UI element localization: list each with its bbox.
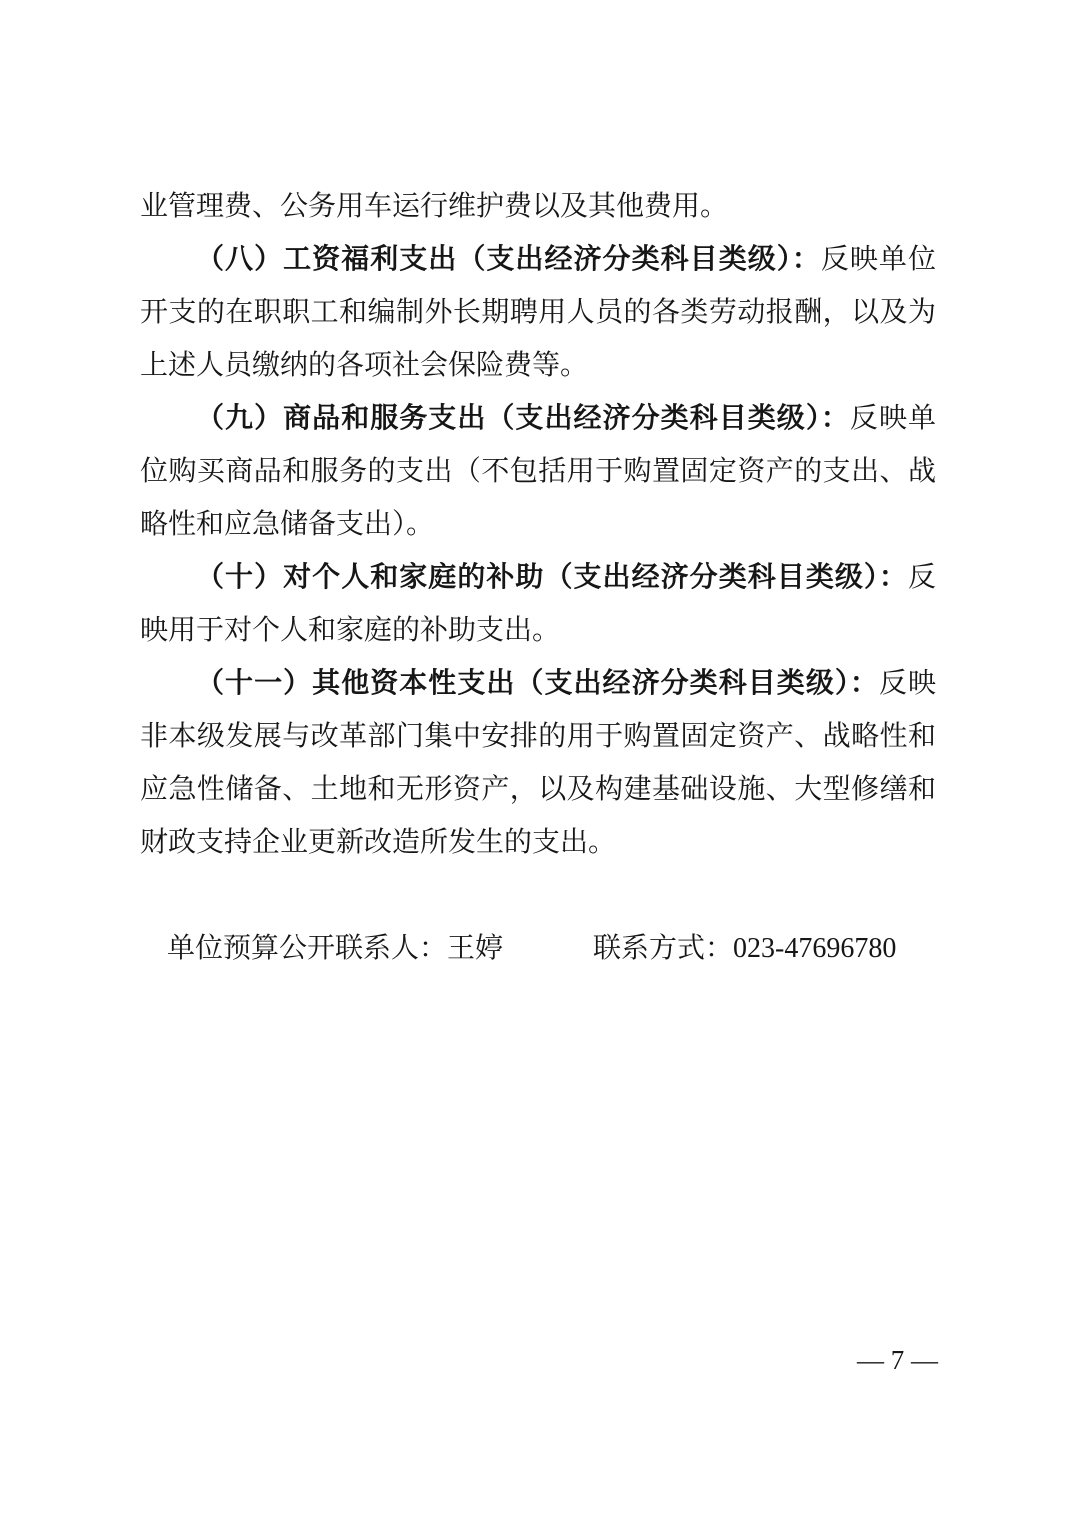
contact-phone-label: 联系方式： bbox=[593, 933, 733, 964]
contact-person-name: 王婷 bbox=[447, 933, 503, 964]
paragraph-lead: （八）工资福利支出（支出经济分类科目类级）： bbox=[196, 244, 821, 275]
paragraph-item-8: （八）工资福利支出（支出经济分类科目类级）：反映单位开支的在职职工和编制外长期聘… bbox=[140, 233, 936, 392]
paragraph-lead: （十一）其他资本性支出（支出经济分类科目类级）： bbox=[196, 668, 879, 699]
contact-line: 单位预算公开联系人：王婷联系方式：023-47696780 bbox=[140, 922, 936, 975]
paragraph-continuation: 业管理费、公务用车运行维护费以及其他费用。 bbox=[140, 180, 936, 233]
document-body: 业管理费、公务用车运行维护费以及其他费用。 （八）工资福利支出（支出经济分类科目… bbox=[140, 180, 936, 1003]
document-page: 业管理费、公务用车运行维护费以及其他费用。 （八）工资福利支出（支出经济分类科目… bbox=[0, 0, 1074, 1520]
paragraph-item-10: （十）对个人和家庭的补助（支出经济分类科目类级）：反映用于对个人和家庭的补助支出… bbox=[140, 551, 936, 657]
page-number: — 7 — bbox=[857, 1344, 938, 1376]
paragraph-lead: （九）商品和服务支出（支出经济分类科目类级）： bbox=[196, 403, 850, 434]
paragraph-item-9: （九）商品和服务支出（支出经济分类科目类级）：反映单位购买商品和服务的支出（不包… bbox=[140, 392, 936, 551]
paragraph-text: 业管理费、公务用车运行维护费以及其他费用。 bbox=[140, 191, 728, 222]
paragraph-item-11: （十一）其他资本性支出（支出经济分类科目类级）：反映非本级发展与改革部门集中安排… bbox=[140, 657, 936, 869]
paragraph-lead: （十）对个人和家庭的补助（支出经济分类科目类级）： bbox=[196, 562, 908, 593]
contact-person-label: 单位预算公开联系人： bbox=[167, 933, 447, 964]
contact-phone-number: 023-47696780 bbox=[733, 933, 896, 964]
